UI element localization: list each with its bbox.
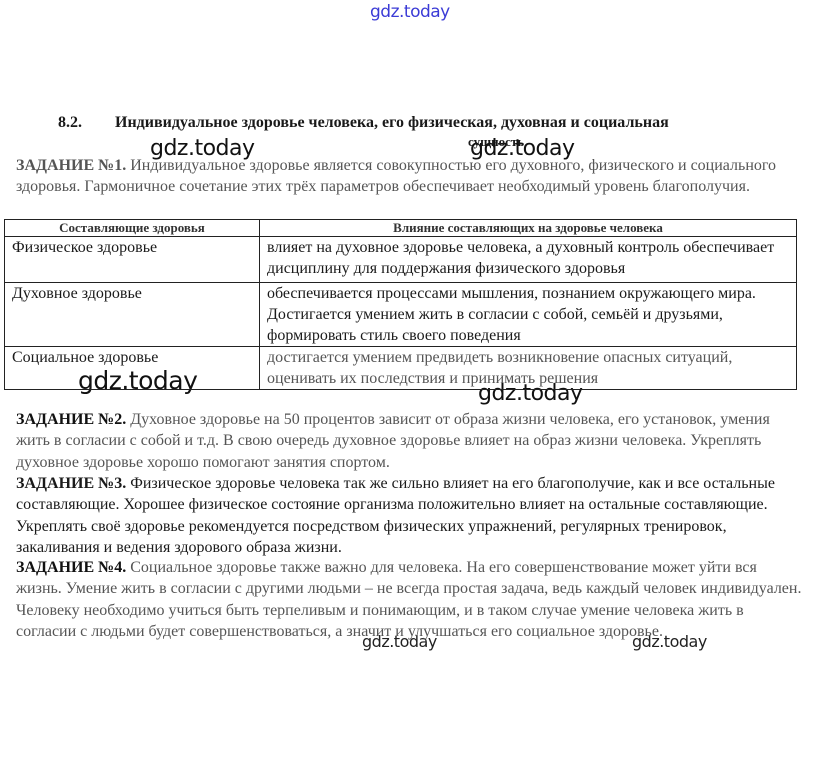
column-header: Влияние составляющих на здоровье человек… [260, 220, 797, 237]
column-header: Составляющие здоровья [5, 220, 260, 237]
section-title-tail: сущность [468, 132, 524, 152]
task-text: Физическое здоровье человека так же силь… [16, 475, 775, 556]
table-header-row: Составляющие здоровья Влияние составляющ… [5, 220, 797, 237]
section-number: 8.2. [58, 113, 115, 133]
task-3: ЗАДАНИЕ №3. Физическое здоровье человека… [16, 473, 806, 558]
watermark-top: gdz.today [370, 2, 450, 22]
task-text: Социальное здоровье также важно для чело… [16, 559, 801, 640]
health-components-table: Составляющие здоровья Влияние составляющ… [4, 219, 797, 390]
table-row: Духовное здоровье обеспечивается процесс… [5, 283, 797, 347]
task-text: Индивидуальное здоровье является совокуп… [16, 157, 776, 195]
table-cell-component: Духовное здоровье [5, 283, 260, 347]
task-label: ЗАДАНИЕ №4. [16, 559, 126, 576]
task-1: ЗАДАНИЕ №1. Индивидуальное здоровье явля… [16, 155, 806, 198]
table-cell-influence: влияет на духовное здоровье человека, а … [260, 237, 797, 283]
table-cell-influence: обеспечивается процессами мышления, позн… [260, 283, 797, 347]
table-cell-influence: достигается умением предвидеть возникнов… [260, 347, 797, 390]
table-row: Социальное здоровье достигается умением … [5, 347, 797, 390]
task-label: ЗАДАНИЕ №1. [16, 157, 126, 174]
table-row: Физическое здоровье влияет на духовное з… [5, 237, 797, 283]
table-cell-component: Физическое здоровье [5, 237, 260, 283]
section-heading: 8.2.Индивидуальное здоровье человека, ег… [58, 113, 798, 133]
section-title: Индивидуальное здоровье человека, его фи… [115, 114, 669, 131]
task-2: ЗАДАНИЕ №2. Духовное здоровье на 50 проц… [16, 409, 806, 473]
task-4: ЗАДАНИЕ №4. Социальное здоровье также ва… [16, 557, 806, 642]
task-label: ЗАДАНИЕ №3. [16, 475, 126, 492]
task-text: Духовное здоровье на 50 процентов зависи… [16, 411, 770, 471]
table-cell-component: Социальное здоровье [5, 347, 260, 390]
task-label: ЗАДАНИЕ №2. [16, 411, 126, 428]
